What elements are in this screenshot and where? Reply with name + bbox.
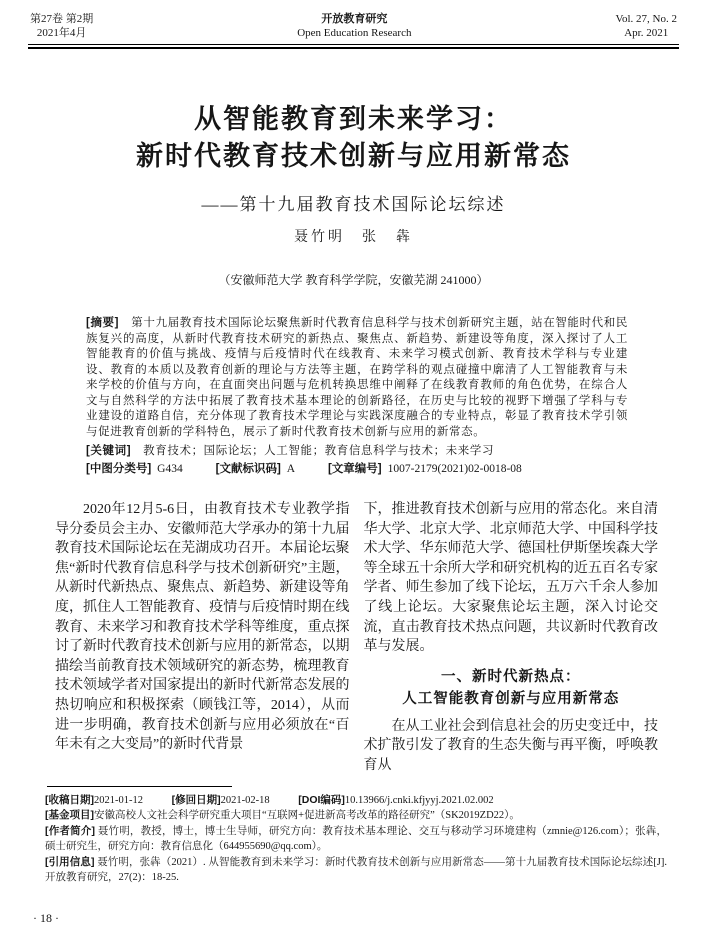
section-heading-line2: 人工智能教育创新与应用新常态 bbox=[364, 688, 659, 710]
body-columns: 2020年12月5-6日，由教育技术专业教学指导分委员会主办、安徽师范大学承办的… bbox=[0, 500, 707, 776]
received-value: 2021-01-12 bbox=[94, 795, 143, 806]
doc-code-label: [文献标识码] bbox=[216, 463, 281, 475]
abstract-text: 第十九届教育技术国际论坛聚焦新时代教育信息科学与技术创新研究主题，站在智能时代和… bbox=[86, 317, 628, 438]
journal-name: 开放教育研究 Open Education Research bbox=[297, 12, 411, 40]
received-label: [收稿日期] bbox=[45, 794, 94, 806]
footnote-dates: [收稿日期]2021-01-12 [修回日期]2021-02-18 [DOI编码… bbox=[45, 793, 667, 809]
doi-pair: [DOI编码]10.13966/j.cnki.kfjyyj.2021.02.00… bbox=[298, 793, 493, 809]
keywords-text: 教育技术；国际论坛；人工智能；教育信息科学与技术；未来学习 bbox=[143, 445, 494, 457]
bio-label: [作者简介] bbox=[45, 825, 95, 837]
clc-value: G434 bbox=[157, 463, 183, 475]
header-divider bbox=[28, 44, 679, 49]
revised-value: 2021-02-18 bbox=[221, 795, 270, 806]
article-id-label: [文章编号] bbox=[328, 463, 382, 475]
left-column: 2020年12月5-6日，由教育技术专业教学指导分委员会主办、安徽师范大学承办的… bbox=[55, 500, 350, 776]
footnotes-block: [收稿日期]2021-01-12 [修回日期]2021-02-18 [DOI编码… bbox=[0, 793, 707, 886]
cite-label: [引用信息] bbox=[45, 856, 94, 868]
issue-volume-en: Vol. 27, No. 2 bbox=[615, 12, 677, 26]
footnote-bio: [作者简介] 聂竹明，教授，博士，博士生导师，研究方向：教育技术基本理论、交互与… bbox=[45, 824, 667, 855]
body-paragraph-right: 下，推进教育技术创新与应用的常态化。来自清华大学、北京大学、北京师范大学、中国科… bbox=[364, 500, 659, 657]
abstract-block: [摘要] 第十九届教育技术国际论坛聚焦新时代教育信息科学与技术创新研究主题，站在… bbox=[86, 316, 628, 440]
section-heading-line1: 一、新时代新热点： bbox=[364, 666, 659, 688]
issue-date-cn: 2021年4月 bbox=[30, 26, 93, 40]
article-title-line1: 从智能教育到未来学习： bbox=[0, 101, 707, 138]
article-authors: 聂竹明 张 犇 bbox=[0, 226, 707, 246]
issue-info: 第27卷 第2期 2021年4月 bbox=[30, 12, 93, 40]
issue-info-en: Vol. 27, No. 2 Apr. 2021 bbox=[615, 12, 677, 40]
clc-pair: [中图分类号]G434 bbox=[86, 461, 183, 477]
fund-text: 安徽高校人文社会科学研究重大项目“互联网+促进新高考改革的路径研究”（SK201… bbox=[94, 810, 520, 821]
body-paragraph-left: 2020年12月5-6日，由教育技术专业教学指导分委员会主办、安徽师范大学承办的… bbox=[55, 500, 350, 755]
article-title-line2: 新时代教育技术创新与应用新常态 bbox=[0, 138, 707, 175]
keywords-line: [关键词]教育技术；国际论坛；人工智能；教育信息科学与技术；未来学习 bbox=[86, 443, 628, 459]
journal-header: 第27卷 第2期 2021年4月 开放教育研究 Open Education R… bbox=[0, 0, 707, 42]
page-number: · 18 · bbox=[33, 911, 59, 926]
fund-label: [基金项目] bbox=[45, 809, 94, 821]
issue-volume: 第27卷 第2期 bbox=[30, 12, 93, 26]
received-pair: [收稿日期]2021-01-12 bbox=[45, 793, 143, 809]
paper-page: 第27卷 第2期 2021年4月 开放教育研究 Open Education R… bbox=[0, 0, 707, 940]
section-heading: 一、新时代新热点： 人工智能教育创新与应用新常态 bbox=[364, 666, 659, 710]
journal-name-cn: 开放教育研究 bbox=[297, 12, 411, 26]
article-title: 从智能教育到未来学习： 新时代教育技术创新与应用新常态 bbox=[0, 101, 707, 175]
keywords-label: [关键词] bbox=[86, 445, 131, 457]
cite-text: 聂竹明，张犇（2021）. 从智能教育到未来学习：新时代教育技术创新与应用新常态… bbox=[45, 857, 667, 883]
doc-code-value: A bbox=[287, 463, 295, 475]
bio-text: 聂竹明，教授，博士，博士生导师，研究方向：教育技术基本理论、交互与移动学习环境建… bbox=[45, 826, 667, 852]
right-column: 下，推进教育技术创新与应用的常态化。来自清华大学、北京大学、北京师范大学、中国科… bbox=[364, 500, 659, 776]
journal-name-en: Open Education Research bbox=[297, 26, 411, 40]
article-affiliation: （安徽师范大学 教育科学学院，安徽芜湖 241000） bbox=[0, 271, 707, 288]
clc-label: [中图分类号] bbox=[86, 463, 151, 475]
article-id-pair: [文章编号]1007-2179(2021)02-0018-08 bbox=[328, 461, 522, 477]
revised-pair: [修回日期]2021-02-18 bbox=[172, 793, 270, 809]
issue-date-en: Apr. 2021 bbox=[615, 26, 677, 40]
footnote-cite: [引用信息] 聂竹明，张犇（2021）. 从智能教育到未来学习：新时代教育技术创… bbox=[45, 855, 667, 886]
revised-label: [修回日期] bbox=[172, 794, 221, 806]
section-paragraph: 在从工业社会到信息社会的历史变迁中，技术扩散引发了教育的生态失衡与再平衡，呼唤教… bbox=[364, 717, 659, 776]
article-subtitle: ——第十九届教育技术国际论坛综述 bbox=[0, 190, 707, 215]
doi-label: [DOI编码] bbox=[298, 794, 345, 806]
doc-code-pair: [文献标识码]A bbox=[216, 461, 295, 477]
doi-value: 10.13966/j.cnki.kfjyyj.2021.02.002 bbox=[345, 795, 494, 806]
footnote-divider bbox=[47, 786, 232, 787]
article-id-value: 1007-2179(2021)02-0018-08 bbox=[388, 463, 522, 475]
abstract-label: [摘要] bbox=[86, 317, 119, 329]
footnote-fund: [基金项目]安徽高校人文社会科学研究重大项目“互联网+促进新高考改革的路径研究”… bbox=[45, 808, 667, 824]
classification-line: [中图分类号]G434 [文献标识码]A [文章编号]1007-2179(202… bbox=[86, 461, 628, 477]
